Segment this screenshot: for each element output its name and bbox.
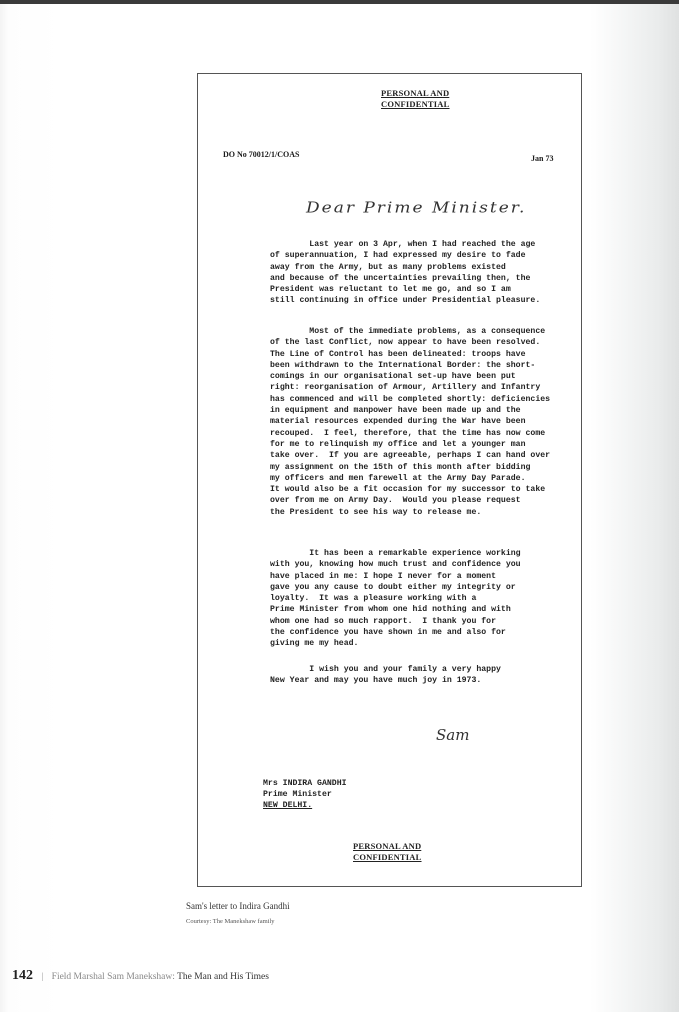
classification-stamp-top: PERSONAL AND CONFIDENTIAL <box>381 88 450 110</box>
reference-number: DO No 70012/1/COAS <box>223 150 299 159</box>
footer-separator: | <box>41 972 43 982</box>
scan-top-edge <box>0 0 679 4</box>
handwritten-salutation: Dear Prime Minister. <box>306 200 526 217</box>
classification-line: PERSONAL AND <box>381 88 450 99</box>
addressee-city: NEW DELHI. <box>263 800 347 811</box>
letter-document: PERSONAL AND CONFIDENTIAL DO No 70012/1/… <box>197 73 582 887</box>
classification-stamp-bottom: PERSONAL AND CONFIDENTIAL <box>353 841 422 863</box>
book-title-prefix: Field Marshal Sam Manekshaw: <box>52 972 175 982</box>
classification-line: CONFIDENTIAL <box>381 99 450 110</box>
handwritten-signature: Sam <box>436 726 469 744</box>
paragraph-4: I wish you and your family a very happy … <box>270 664 570 687</box>
page-number: 142 <box>12 968 33 983</box>
addressee-block: Mrs INDIRA GANDHI Prime Minister NEW DEL… <box>263 778 347 811</box>
paragraph-2: Most of the immediate problems, as a con… <box>270 326 570 518</box>
figure-caption: Sam's letter to Indira Gandhi <box>186 901 290 911</box>
addressee-name: Mrs INDIRA GANDHI <box>263 778 347 789</box>
book-subtitle: The Man and His Times <box>177 972 269 982</box>
classification-line: CONFIDENTIAL <box>353 852 422 863</box>
letter-date: Jan 73 <box>531 154 553 163</box>
page-footer: 142 | Field Marshal Sam Manekshaw: The M… <box>12 968 269 984</box>
paragraph-3: It has been a remarkable experience work… <box>270 548 570 650</box>
figure-courtesy: Courtesy: The Manekshaw family <box>186 918 275 925</box>
paragraph-1: Last year on 3 Apr, when I had reached t… <box>270 239 570 307</box>
classification-line: PERSONAL AND <box>353 841 422 852</box>
addressee-title: Prime Minister <box>263 789 347 800</box>
